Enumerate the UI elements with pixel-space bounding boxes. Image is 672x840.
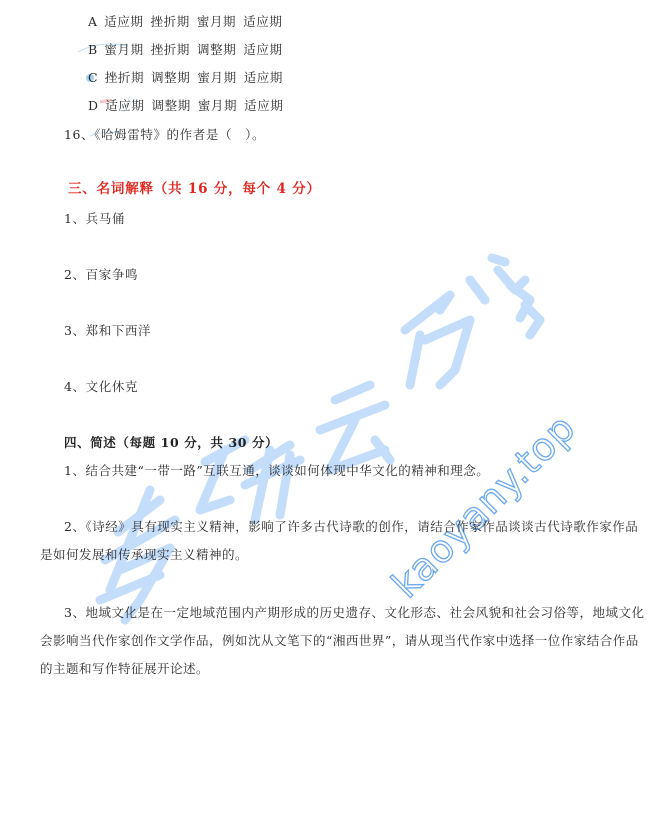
option-phase: 挫折期 (151, 14, 190, 29)
option-phase: 适应期 (244, 98, 283, 113)
paragraph-line: 的主题和写作特征展开论述。 (40, 655, 632, 683)
paragraph-line: 2、《诗经》具有现实主义精神，影响了许多古代诗歌的创作，请结合作家作品谈谈古代诗… (40, 513, 632, 541)
option-phase: 调整期 (151, 70, 190, 85)
option-phase: 蜜月期 (197, 70, 236, 85)
option-phase: 挫折期 (151, 42, 190, 57)
option-phase: 适应期 (105, 98, 144, 113)
paragraph-line: 3、地域文化是在一定地域范围内产期形成的历史遗存、文化形态、社会风貌和社会习俗等… (40, 599, 632, 627)
option-phase: 适应期 (243, 42, 282, 57)
watermark-url: kaoyany.top (383, 405, 584, 606)
essay-question-3: 3、地域文化是在一定地域范围内产期形成的历史遗存、文化形态、社会风貌和社会习俗等… (40, 599, 632, 683)
option-d: D 适应期调整期蜜月期适应期 (88, 98, 290, 114)
option-phase: 蜜月期 (198, 98, 237, 113)
essay-question-2: 2、《诗经》具有现实主义精神，影响了许多古代诗歌的创作，请结合作家作品谈谈古代诗… (40, 513, 632, 569)
term-item-3: 3、郑和下西洋 (64, 323, 151, 339)
watermark-char-fen (405, 280, 485, 385)
term-item-4: 4、文化休克 (64, 379, 138, 395)
document-page: kaoyany.top A 适应期挫折期蜜月期适应期 B 蜜月期挫折期调整期适应… (0, 0, 672, 840)
paragraph-line: 会影响当代作家创作文学作品，例如沈从文笔下的“湘西世界”，请从现当代作家中选择一… (40, 627, 632, 655)
option-letter: A (88, 14, 98, 29)
option-phase: 挫折期 (105, 70, 144, 85)
option-phase: 调整期 (197, 42, 236, 57)
option-phase: 适应期 (104, 14, 143, 29)
option-letter: D (88, 98, 99, 113)
option-phase: 调整期 (152, 98, 191, 113)
option-letter: B (88, 42, 98, 57)
section-3-title: 三、名词解释（共 16 分，每个 4 分） (68, 181, 321, 197)
option-phase: 适应期 (243, 14, 282, 29)
option-phase: 蜜月期 (197, 14, 236, 29)
option-a: A 适应期挫折期蜜月期适应期 (88, 14, 289, 30)
option-c: C 挫折期调整期蜜月期适应期 (88, 70, 290, 86)
watermark: kaoyany.top (0, 0, 672, 840)
option-letter: C (88, 70, 98, 85)
section-4-title: 四、简述（每题 10 分，共 30 分） (64, 435, 278, 451)
question-16: 16、《哈姆雷特》的作者是（ ）。 (64, 127, 265, 143)
essay-question-1: 1、结合共建“一带一路”互联互通，谈谈如何体现中华文化的精神和理念。 (40, 457, 632, 485)
option-phase: 蜜月期 (104, 42, 143, 57)
option-phase: 适应期 (244, 70, 283, 85)
term-item-2: 2、百家争鸣 (64, 267, 138, 283)
paragraph-line: 1、结合共建“一带一路”互联互通，谈谈如何体现中华文化的精神和理念。 (40, 457, 632, 485)
paragraph-line: 是如何发展和传承现实主义精神的。 (40, 541, 632, 569)
option-b: B 蜜月期挫折期调整期适应期 (88, 42, 290, 58)
term-item-1: 1、兵马俑 (64, 211, 125, 227)
watermark-char-xiang (492, 258, 540, 335)
